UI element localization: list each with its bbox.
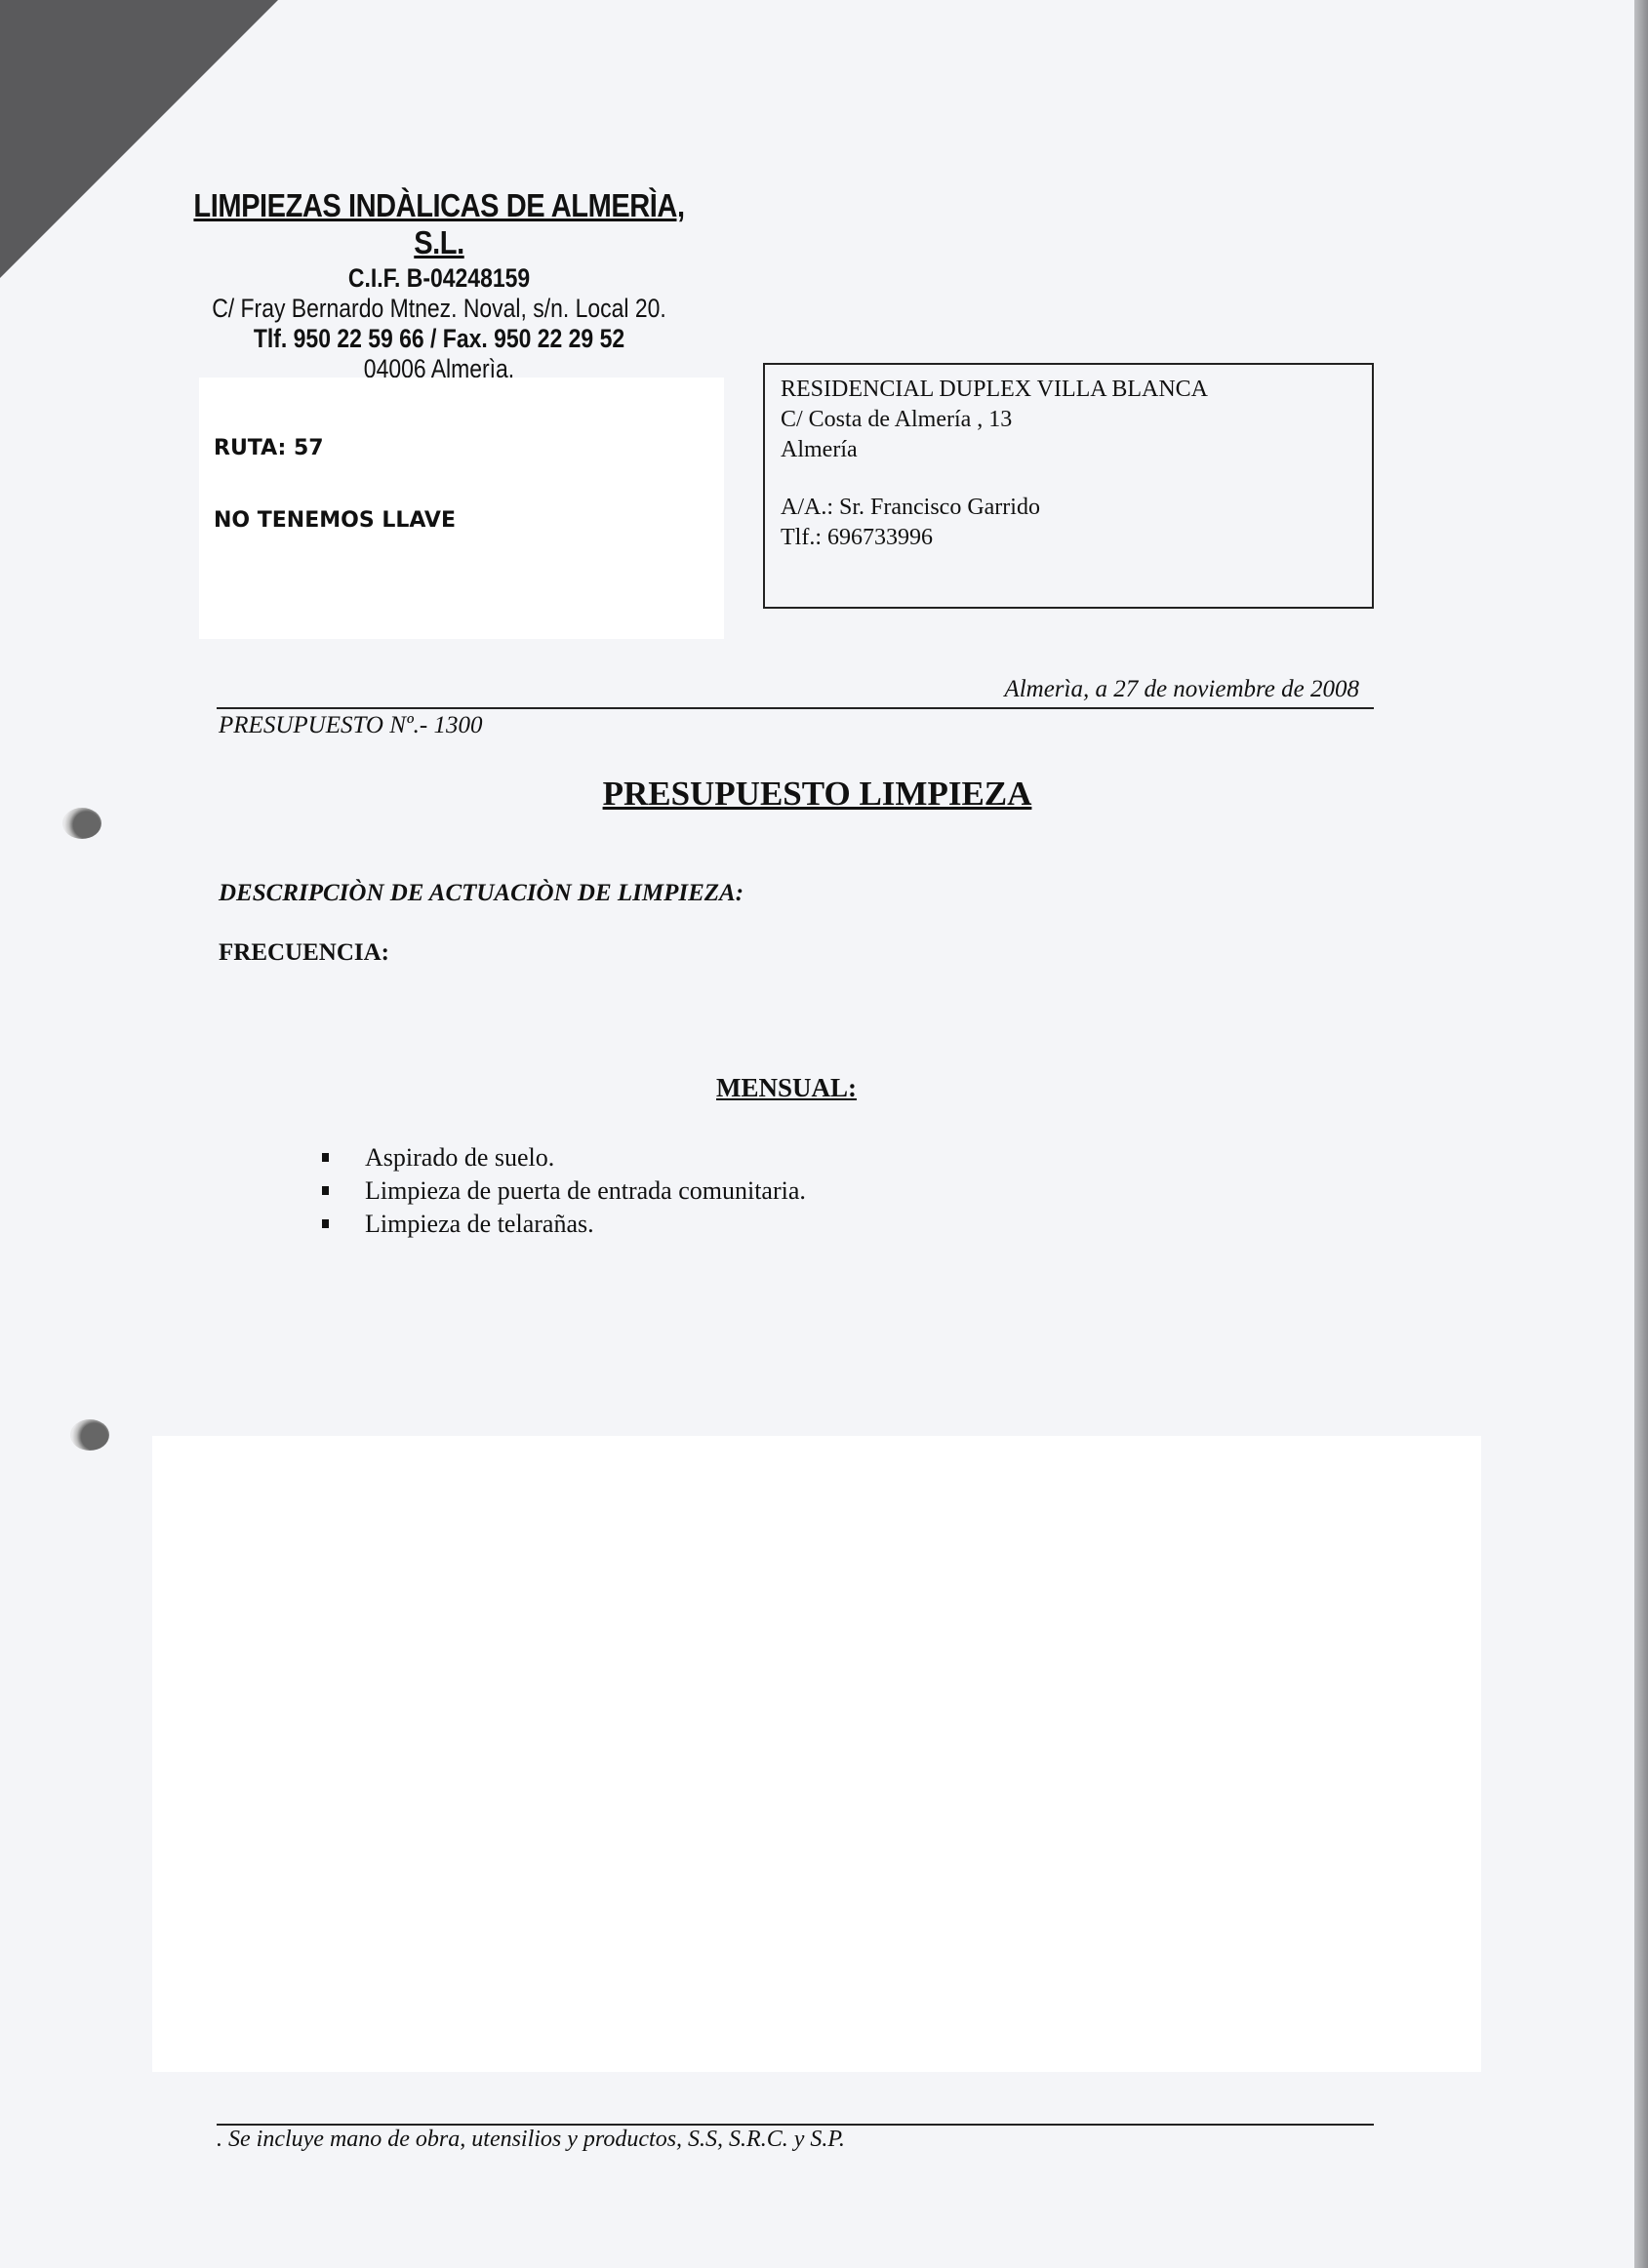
route-label: RUTA: 57 — [214, 436, 324, 460]
footer-note: . Se incluye mano de obra, utensilios y … — [217, 2127, 845, 2153]
description-heading: DESCRIPCIÒN DE ACTUACIÒN DE LIMPIEZA: — [219, 880, 744, 907]
client-city: Almería — [781, 435, 1356, 465]
company-cif: C.I.F. B-04248159 — [199, 263, 680, 294]
budget-number: PRESUPUESTO Nº.- 1300 — [219, 712, 482, 739]
client-street: C/ Costa de Almería , 13 — [781, 405, 1356, 435]
list-item: Limpieza de puerta de entrada comunitari… — [322, 1174, 806, 1208]
monthly-heading: MENSUAL: — [716, 1073, 857, 1103]
divider-line — [217, 707, 1374, 709]
monthly-task-list: Aspirado de suelo. Limpieza de puerta de… — [322, 1141, 806, 1241]
square-bullet-icon — [322, 1219, 329, 1228]
company-address: C/ Fray Bernardo Mtnez. Noval, s/n. Loca… — [199, 294, 680, 324]
client-address-box: RESIDENCIAL DUPLEX VILLA BLANCA C/ Costa… — [763, 363, 1374, 609]
square-bullet-icon — [322, 1153, 329, 1162]
document-date: Almerìa, a 27 de noviembre de 2008 — [1004, 676, 1359, 703]
square-bullet-icon — [322, 1186, 329, 1195]
client-attention: A/A.: Sr. Francisco Garrido — [781, 493, 1356, 523]
scanned-page: LIMPIEZAS INDÀLICAS DE ALMERÌA, S.L. C.I… — [0, 0, 1634, 2268]
key-note: NO TENEMOS LLAVE — [214, 508, 456, 533]
company-name: LIMPIEZAS INDÀLICAS DE ALMERÌA, S.L. — [190, 187, 688, 261]
company-letterhead: LIMPIEZAS INDÀLICAS DE ALMERÌA, S.L. C.I… — [156, 187, 722, 384]
client-phone: Tlf.: 696733996 — [781, 523, 1356, 553]
list-item: Limpieza de telarañas. — [322, 1208, 806, 1241]
list-item: Aspirado de suelo. — [322, 1141, 806, 1174]
company-phone-fax: Tlf. 950 22 59 66 / Fax. 950 22 29 52 — [199, 324, 680, 354]
punch-hole — [70, 1419, 109, 1451]
redacted-area — [152, 1436, 1481, 2072]
frequency-heading: FRECUENCIA: — [219, 939, 389, 967]
route-note-box: RUTA: 57 NO TENEMOS LLAVE — [199, 378, 724, 639]
footer-divider-line — [217, 2124, 1374, 2126]
client-name: RESIDENCIAL DUPLEX VILLA BLANCA — [781, 375, 1356, 405]
scan-edge — [1634, 0, 1648, 2268]
document-title: PRESUPUESTO LIMPIEZA — [0, 775, 1634, 814]
